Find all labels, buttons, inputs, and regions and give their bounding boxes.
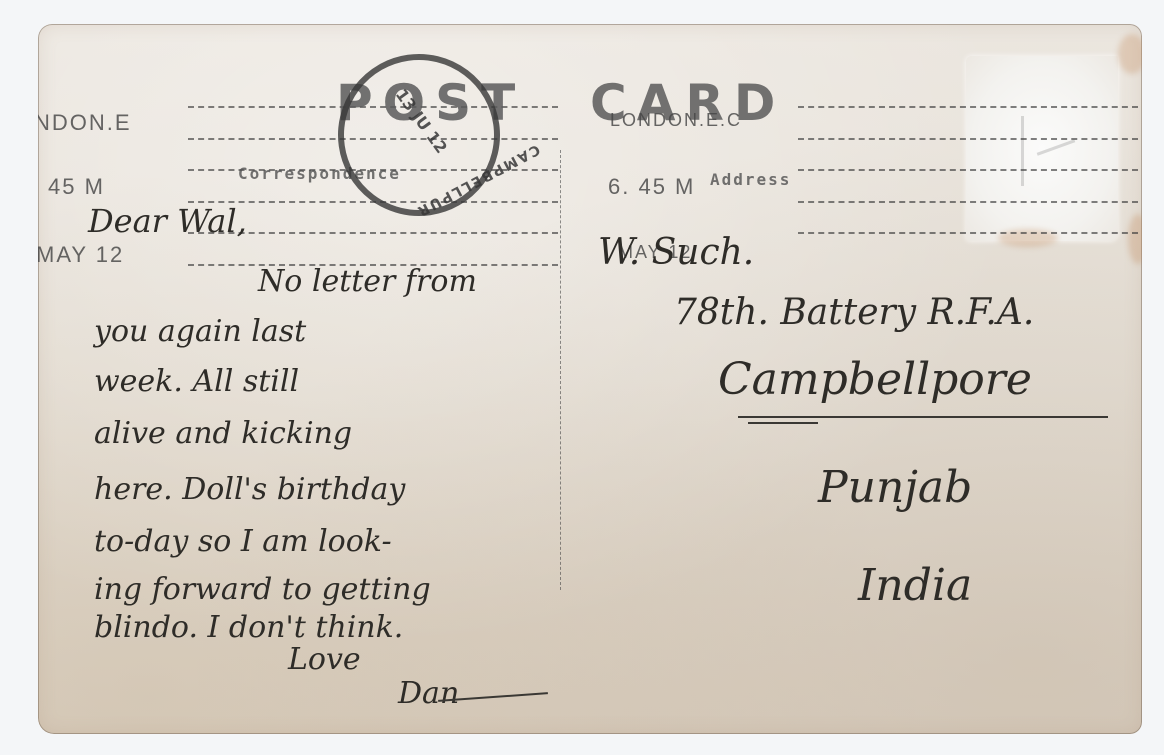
address-name: W. Such. xyxy=(598,232,754,273)
postmark-date: 13 JU 12 xyxy=(392,85,451,157)
address-town: Campbellpore xyxy=(718,354,1032,405)
message-line: you again last xyxy=(94,314,306,349)
cancel-left-time: 45 M xyxy=(48,174,105,200)
address-country: India xyxy=(858,560,972,611)
message-closing: Love xyxy=(288,642,361,677)
circular-postmark: 13 JU 12 CAMPBELLPUR xyxy=(328,44,511,227)
center-divider xyxy=(560,150,561,590)
message-signature: Dan xyxy=(398,676,459,711)
ruled-line xyxy=(798,169,1138,171)
cancel-left-office: NDON.E xyxy=(38,110,132,136)
age-stain xyxy=(1128,214,1142,264)
message-line: blindo. I don't think. xyxy=(94,610,403,645)
message-line: ing forward to getting xyxy=(94,572,431,607)
cancel-right-time: 6. 45 M xyxy=(608,174,695,200)
ruled-line xyxy=(798,201,1138,203)
cancel-right-office: LONDON.E.C xyxy=(610,110,742,131)
town-underline xyxy=(738,416,1108,418)
removed-stamp-area xyxy=(966,56,1118,241)
address-unit: 78th. Battery R.F.A. xyxy=(674,292,1034,333)
age-stain xyxy=(1118,34,1142,74)
cancel-left-date: MAY 12 xyxy=(38,242,124,268)
ruled-line xyxy=(798,106,1138,108)
message-line: here. Doll's birthday xyxy=(94,472,405,507)
message-greeting: Dear Wal, xyxy=(88,202,247,240)
message-line: No letter from xyxy=(258,264,477,299)
postcard-back: POST CARD Correspondence Address NDON.E … xyxy=(38,24,1142,734)
ruled-line xyxy=(798,232,1138,234)
message-line: alive and kicking xyxy=(94,416,352,451)
ruled-line xyxy=(798,138,1138,140)
address-province: Punjab xyxy=(818,462,972,513)
message-line: to-day so I am look- xyxy=(94,524,392,559)
message-line: week. All still xyxy=(94,364,299,399)
town-underline xyxy=(748,422,818,424)
label-address: Address xyxy=(710,170,791,189)
